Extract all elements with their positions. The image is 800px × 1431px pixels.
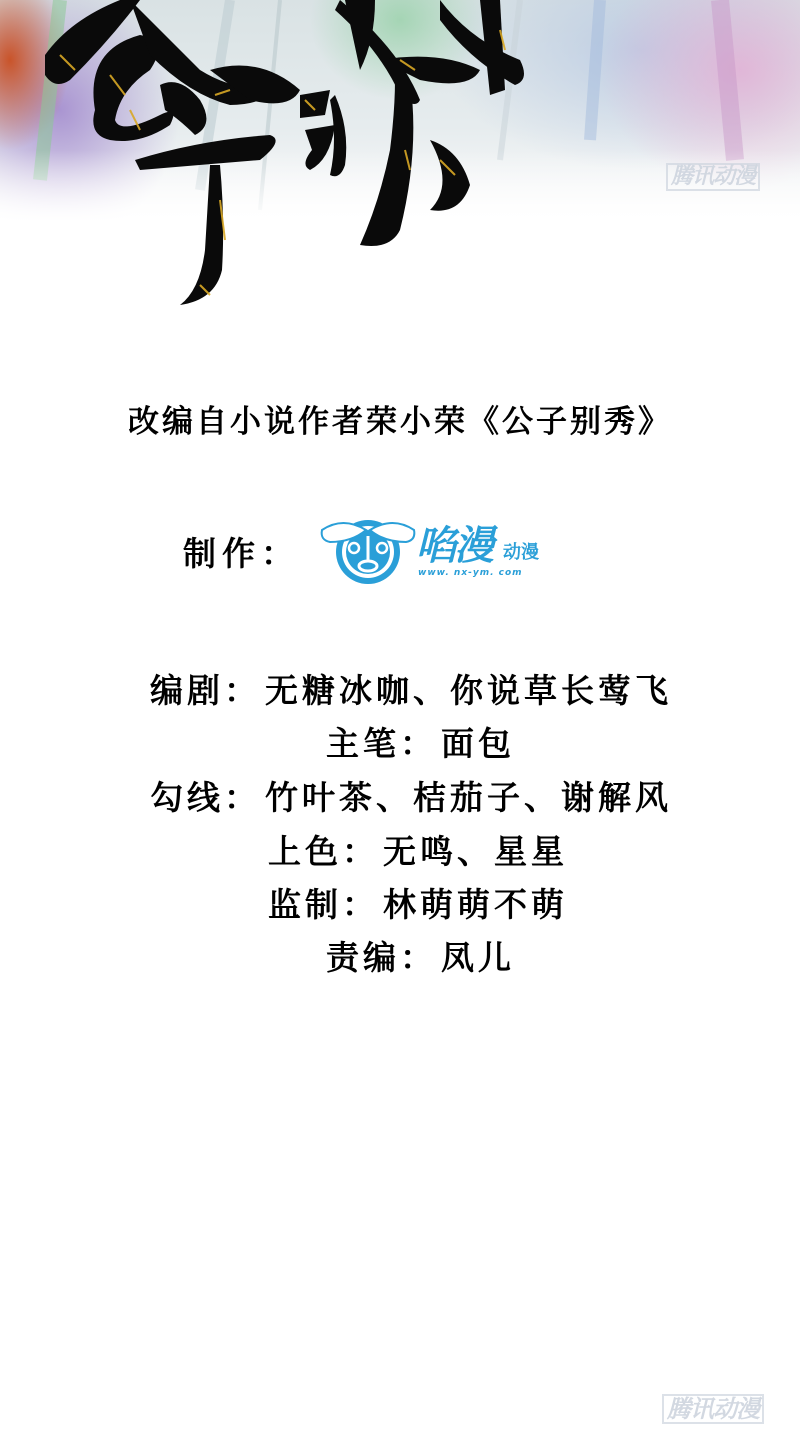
producer-section: 制作： 啗漫 动漫 www. nx-ym. com <box>183 520 603 590</box>
credit-names: 凤儿 <box>441 938 515 977</box>
footer-tencent-comics-watermark: 腾讯动漫 <box>662 1394 764 1424</box>
title-art-banner: 公子别秀 腾讯动漫 <box>0 0 800 340</box>
credit-separator: ： <box>400 724 437 763</box>
credit-row-line-art: 勾线：竹叶茶、桔茄子、谢解风 <box>150 772 672 819</box>
studio-logo-subtitle: 动漫 <box>503 538 539 564</box>
studio-logo-name: 啗漫 <box>416 514 492 571</box>
credit-separator: ： <box>224 671 261 710</box>
tencent-comics-watermark: 腾讯动漫 <box>666 163 760 191</box>
credit-row-coloring: 上色：无鸣、星星 <box>268 826 568 873</box>
credit-role: 上色 <box>268 832 342 871</box>
credit-row-supervisor: 监制：林萌萌不萌 <box>268 879 568 926</box>
credit-separator: ： <box>224 778 261 817</box>
adaptation-source-line: 改编自小说作者荣小荣《公子别秀》 <box>0 396 800 441</box>
credit-role: 责编 <box>326 938 400 977</box>
studio-logo-url: www. nx-ym. com <box>418 568 523 578</box>
credit-names: 林萌萌不萌 <box>383 885 568 924</box>
credit-row-screenwriter: 编剧：无糖冰咖、你说草长莺飞 <box>150 665 672 712</box>
credit-names: 竹叶茶、桔茄子、谢解风 <box>265 778 672 817</box>
credit-role: 编剧 <box>150 671 224 710</box>
credit-separator: ： <box>342 885 379 924</box>
studio-logo: 啗漫 动漫 www. nx-ym. com <box>318 512 593 592</box>
credit-row-editor: 责编：凤儿 <box>326 932 515 979</box>
credit-separator: ： <box>400 938 437 977</box>
winged-emblem-icon <box>318 512 418 587</box>
credit-names: 无糖冰咖、你说草长莺飞 <box>265 671 672 710</box>
credit-row-lead-artist: 主笔：面包 <box>326 718 515 765</box>
credit-names: 面包 <box>441 724 515 763</box>
credit-names: 无鸣、星星 <box>383 832 568 871</box>
credit-role: 勾线 <box>150 778 224 817</box>
credit-separator: ： <box>342 832 379 871</box>
credit-role: 监制 <box>268 885 342 924</box>
credit-role: 主笔 <box>326 724 400 763</box>
producer-label: 制作： <box>183 528 300 575</box>
